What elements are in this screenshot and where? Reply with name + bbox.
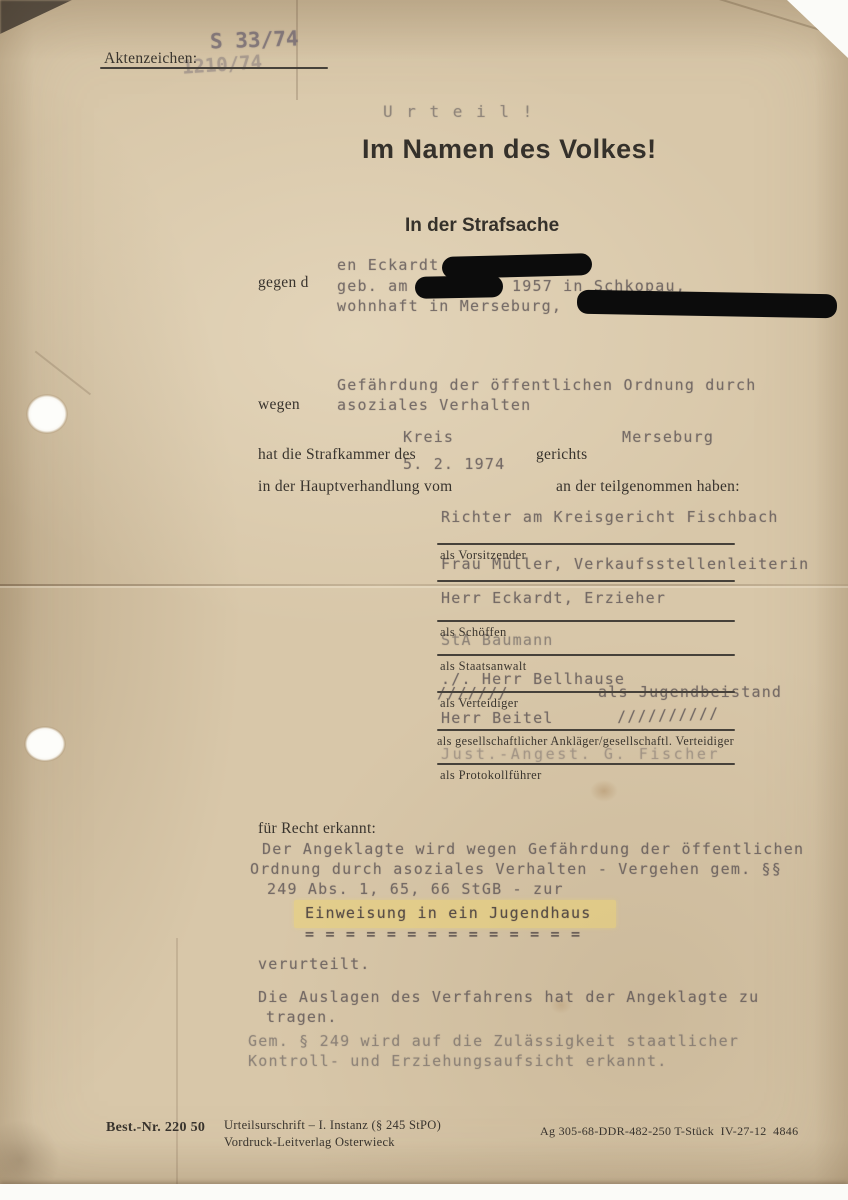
ruling-line2-typed: Ordnung durch asoziales Verhalten - Verg…	[250, 860, 782, 878]
ruling-line3-typed: 249 Abs. 1, 65, 66 StGB - zur	[267, 880, 564, 898]
main-title: Im Namen des Volkes!	[362, 134, 657, 165]
diagonal-crease-hole	[35, 351, 91, 395]
redaction-bar-address	[577, 290, 837, 319]
verteidiger-label: als Verteidiger	[440, 696, 518, 711]
staatsanwalt-label: als Staatsanwalt	[440, 659, 527, 674]
charge-line2-typed: asoziales Verhalten	[337, 396, 531, 414]
participant-rule-2	[437, 580, 735, 582]
verdict-typed: verurteilt.	[258, 955, 371, 973]
costs-line1-typed: Die Auslagen des Verfahrens hat der Ange…	[258, 988, 759, 1006]
form-imprint-line2: Vordruck-Leitverlag Osterwieck	[224, 1135, 395, 1150]
participant-rule-5	[437, 691, 735, 693]
supervision-line2-typed: Kontroll- und Erziehungsaufsicht erkannt…	[248, 1052, 667, 1070]
wegen-label: wegen	[258, 396, 300, 414]
aktenzeichen-label: Aktenzeichen:	[104, 50, 197, 68]
costs-line2-typed: tragen.	[266, 1008, 338, 1026]
case-subtitle: In der Strafsache	[405, 215, 559, 237]
best-nr-label: Best.-Nr. 220 50	[106, 1120, 205, 1136]
participant-rule-6	[437, 729, 735, 731]
schoeffe2-typed: Herr Eckardt, Erzieher	[441, 589, 666, 607]
court-city-typed: Merseburg	[622, 428, 714, 446]
scanned-document: Aktenzeichen: S 33/74 1210/74 U r t e i …	[0, 0, 848, 1200]
stain-spot	[590, 780, 618, 802]
court-suffix-label: gerichts	[536, 446, 587, 464]
court-type-typed: Kreis	[403, 428, 454, 446]
redaction-bar-birthdate	[415, 275, 503, 299]
typed-title: U r t e i l !	[383, 102, 534, 121]
judge-typed: Richter am Kreisgericht Fischbach	[441, 508, 779, 526]
sentence-typed: Einweisung in ein Jugendhaus	[305, 904, 591, 922]
recht-erkannt-label: für Recht erkannt:	[258, 820, 376, 838]
ges-anklaeger-typed: Herr Beitel	[441, 709, 554, 727]
participant-rule-3	[437, 620, 735, 622]
defendant-name-typed: en Eckardt	[337, 256, 439, 274]
ruling-line1-typed: Der Angeklagte wird wegen Gefährdung der…	[262, 840, 804, 858]
scan-strip-bottom	[0, 1184, 848, 1200]
session-date-typed: 5. 2. 1974	[403, 455, 505, 473]
fold-crease-highlight	[0, 586, 848, 588]
scan-corner-top-left-dark	[0, 0, 110, 40]
attended-label: an der teilgenommen haben:	[556, 478, 740, 496]
supervision-line1-typed: Gem. § 249 wird auf die Zulässigkeit sta…	[248, 1032, 739, 1050]
vertical-crease-bottom	[176, 938, 178, 1184]
form-imprint-line1: Urteilsurschrift – I. Instanz (§ 245 StP…	[224, 1118, 441, 1133]
sentence-underline-typed: = = = = = = = = = = = = = =	[305, 925, 581, 943]
ges-anklaeger-slashes-typed: //////////	[617, 704, 720, 726]
aktenzeichen-underline	[100, 67, 328, 69]
protokollfuehrer-label: als Protokollführer	[440, 768, 542, 783]
vorsitzender-label: als Vorsitzender	[440, 548, 526, 563]
participant-rule-7	[437, 763, 735, 765]
charge-line1-typed: Gefährdung der öffentlichen Ordnung durc…	[337, 376, 756, 394]
schoeffen-label: als Schöffen	[440, 625, 507, 640]
paper-sheet: Aktenzeichen: S 33/74 1210/74 U r t e i …	[0, 0, 848, 1200]
ges-anklaeger-label: als gesellschaftlicher Ankläger/gesellsc…	[437, 734, 734, 749]
defendant-residence-typed: wohnhaft in Merseburg,	[337, 297, 562, 315]
file-number-stamp: S 33/74	[210, 26, 299, 53]
punch-hole-bottom	[24, 726, 66, 762]
print-code: Ag 305-68-DDR-482-250 T-Stück IV-27-12 4…	[540, 1124, 798, 1139]
defendant-birth-typed: geb. am	[337, 277, 409, 295]
gegen-label: gegen d	[258, 274, 309, 292]
participant-rule-4	[437, 654, 735, 656]
participant-rule-1	[437, 543, 735, 545]
chamber-label: hat die Strafkammer des	[258, 446, 416, 464]
session-label: in der Hauptverhandlung vom	[258, 478, 453, 496]
punch-hole-top	[26, 394, 68, 434]
